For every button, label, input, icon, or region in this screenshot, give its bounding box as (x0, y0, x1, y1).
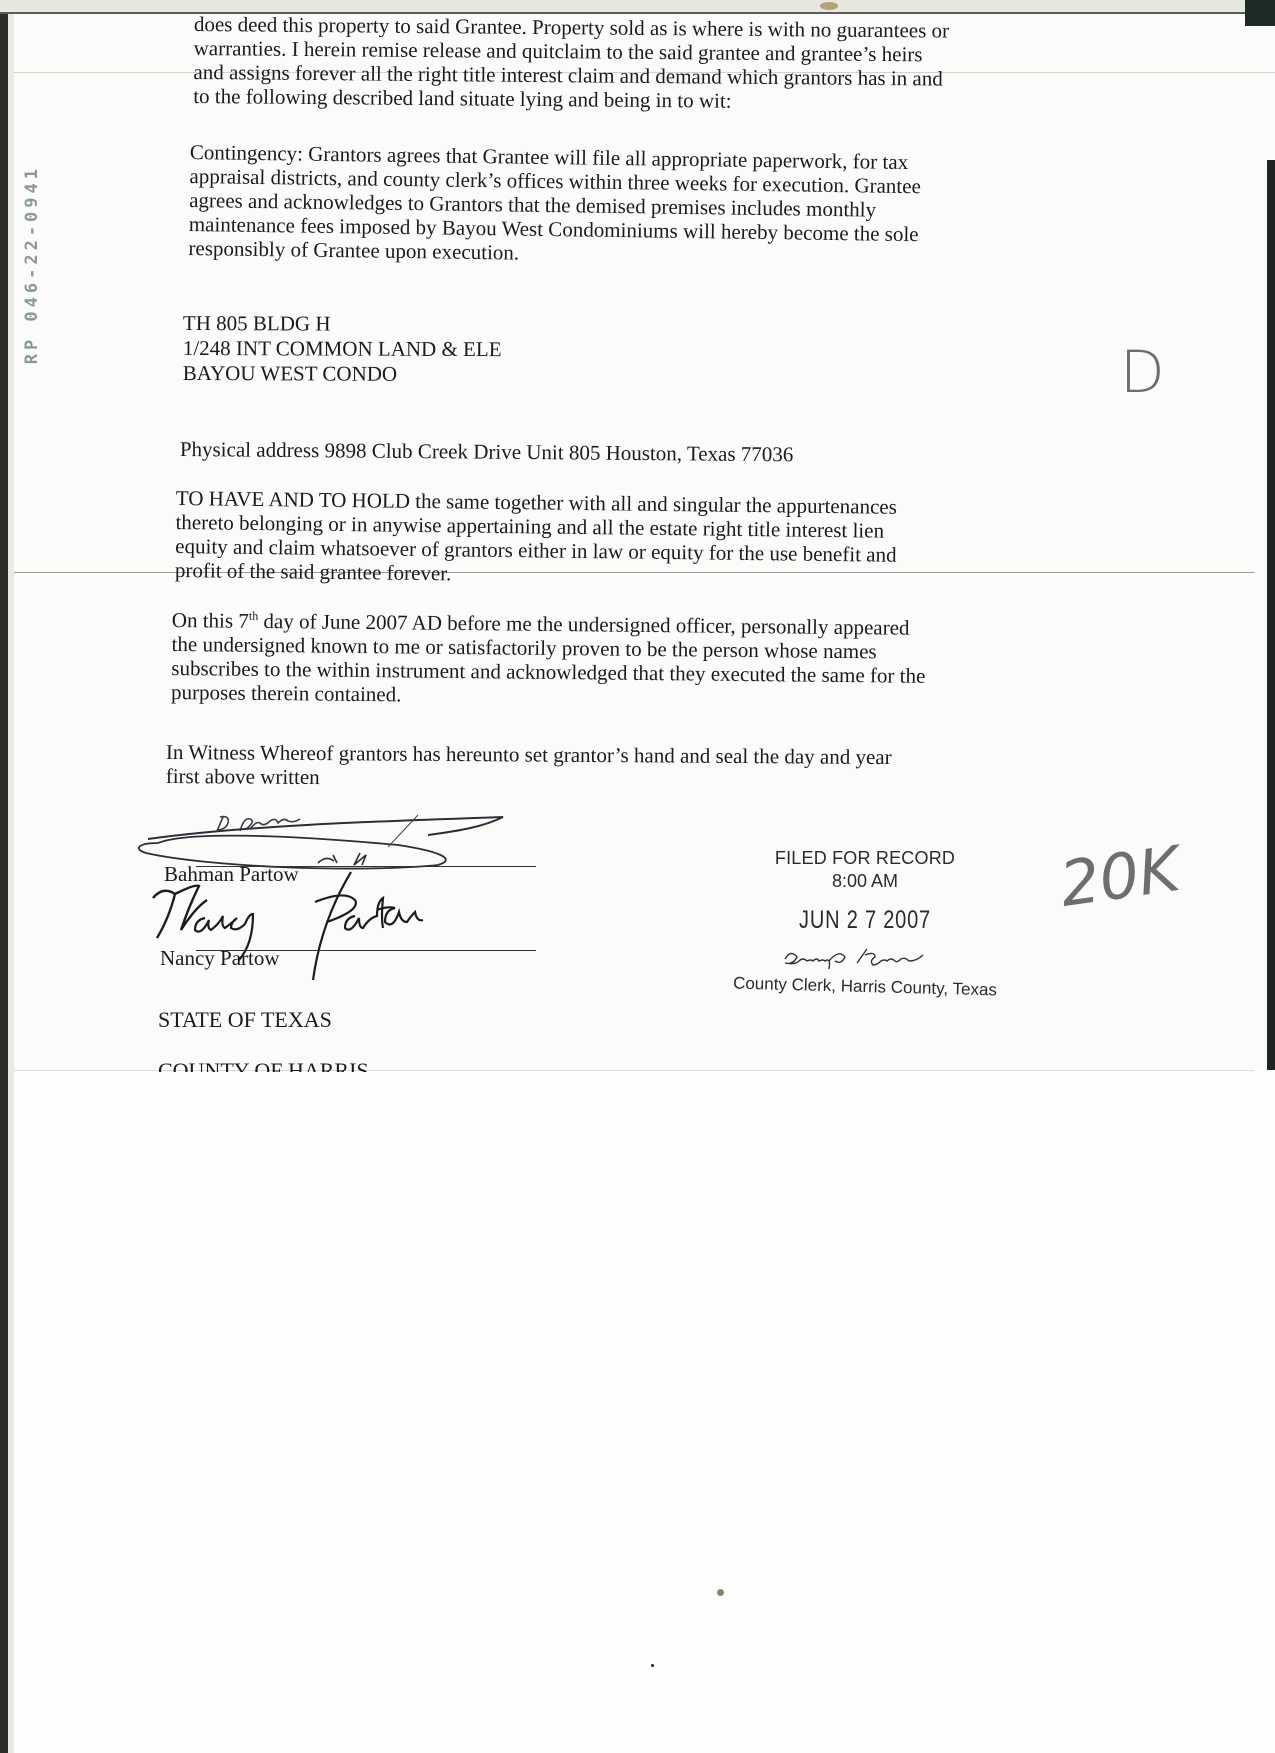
filing-date: JUN 2 7 2007 (733, 906, 997, 935)
text-fragment: On this 7 (172, 608, 249, 633)
county-clerk-label: County Clerk, Harris County, Texas (700, 973, 1030, 1002)
scan-corner (1245, 0, 1275, 26)
acknowledgment-paragraph: On this 7th day of June 2007 AD before m… (171, 608, 1072, 713)
text-line: Physical address 9898 Club Creek Drive U… (180, 437, 1080, 469)
venue-state: STATE OF TEXAS (158, 1007, 332, 1033)
contingency-paragraph: Contingency: Grantors agrees that Grante… (188, 140, 1090, 273)
habendum-paragraph: TO HAVE AND TO HOLD the same together wi… (175, 486, 1076, 593)
paper-speck (820, 2, 838, 10)
scan-edge-right (1267, 160, 1275, 1120)
witness-paragraph: In Witness Whereof grantors has hereunto… (166, 740, 1066, 794)
handwritten-letter-mark: D (1120, 338, 1165, 406)
conveyance-paragraph: does deed this property to said Grantee.… (193, 12, 1094, 116)
physical-address: Physical address 9898 Club Creek Drive U… (180, 437, 1080, 469)
filing-stamp: FILED FOR RECORD 8:00 AM JUN 2 7 2007 Co… (700, 848, 1030, 997)
scan-edge-top (0, 0, 1275, 14)
signatory-name: Nancy Partow (160, 946, 280, 971)
scan-edge-left (0, 0, 8, 1753)
recording-number-stamp: RP 046-22-0941 (22, 165, 42, 364)
text-line: 1/248 INT COMMON LAND & ELE (183, 336, 1083, 364)
filed-for-record-label: FILED FOR RECORD (700, 848, 1030, 869)
legal-description: TH 805 BLDG H 1/248 INT COMMON LAND & EL… (183, 311, 1083, 389)
county-clerk-signature (765, 945, 965, 973)
handwritten-amount-mark: 20K (1056, 832, 1185, 921)
paper-speck (651, 1664, 654, 1667)
filing-time: 8:00 AM (700, 871, 1030, 892)
lower-blank-sheet (14, 1070, 1275, 1753)
venue-county: COUNTY OF HARRIS (158, 1058, 369, 1072)
text-line: TH 805 BLDG H (183, 311, 1083, 339)
text-line: BAYOU WEST CONDO (183, 361, 1083, 389)
paper-speck (717, 1589, 724, 1596)
text-line: first above written (166, 764, 1066, 794)
